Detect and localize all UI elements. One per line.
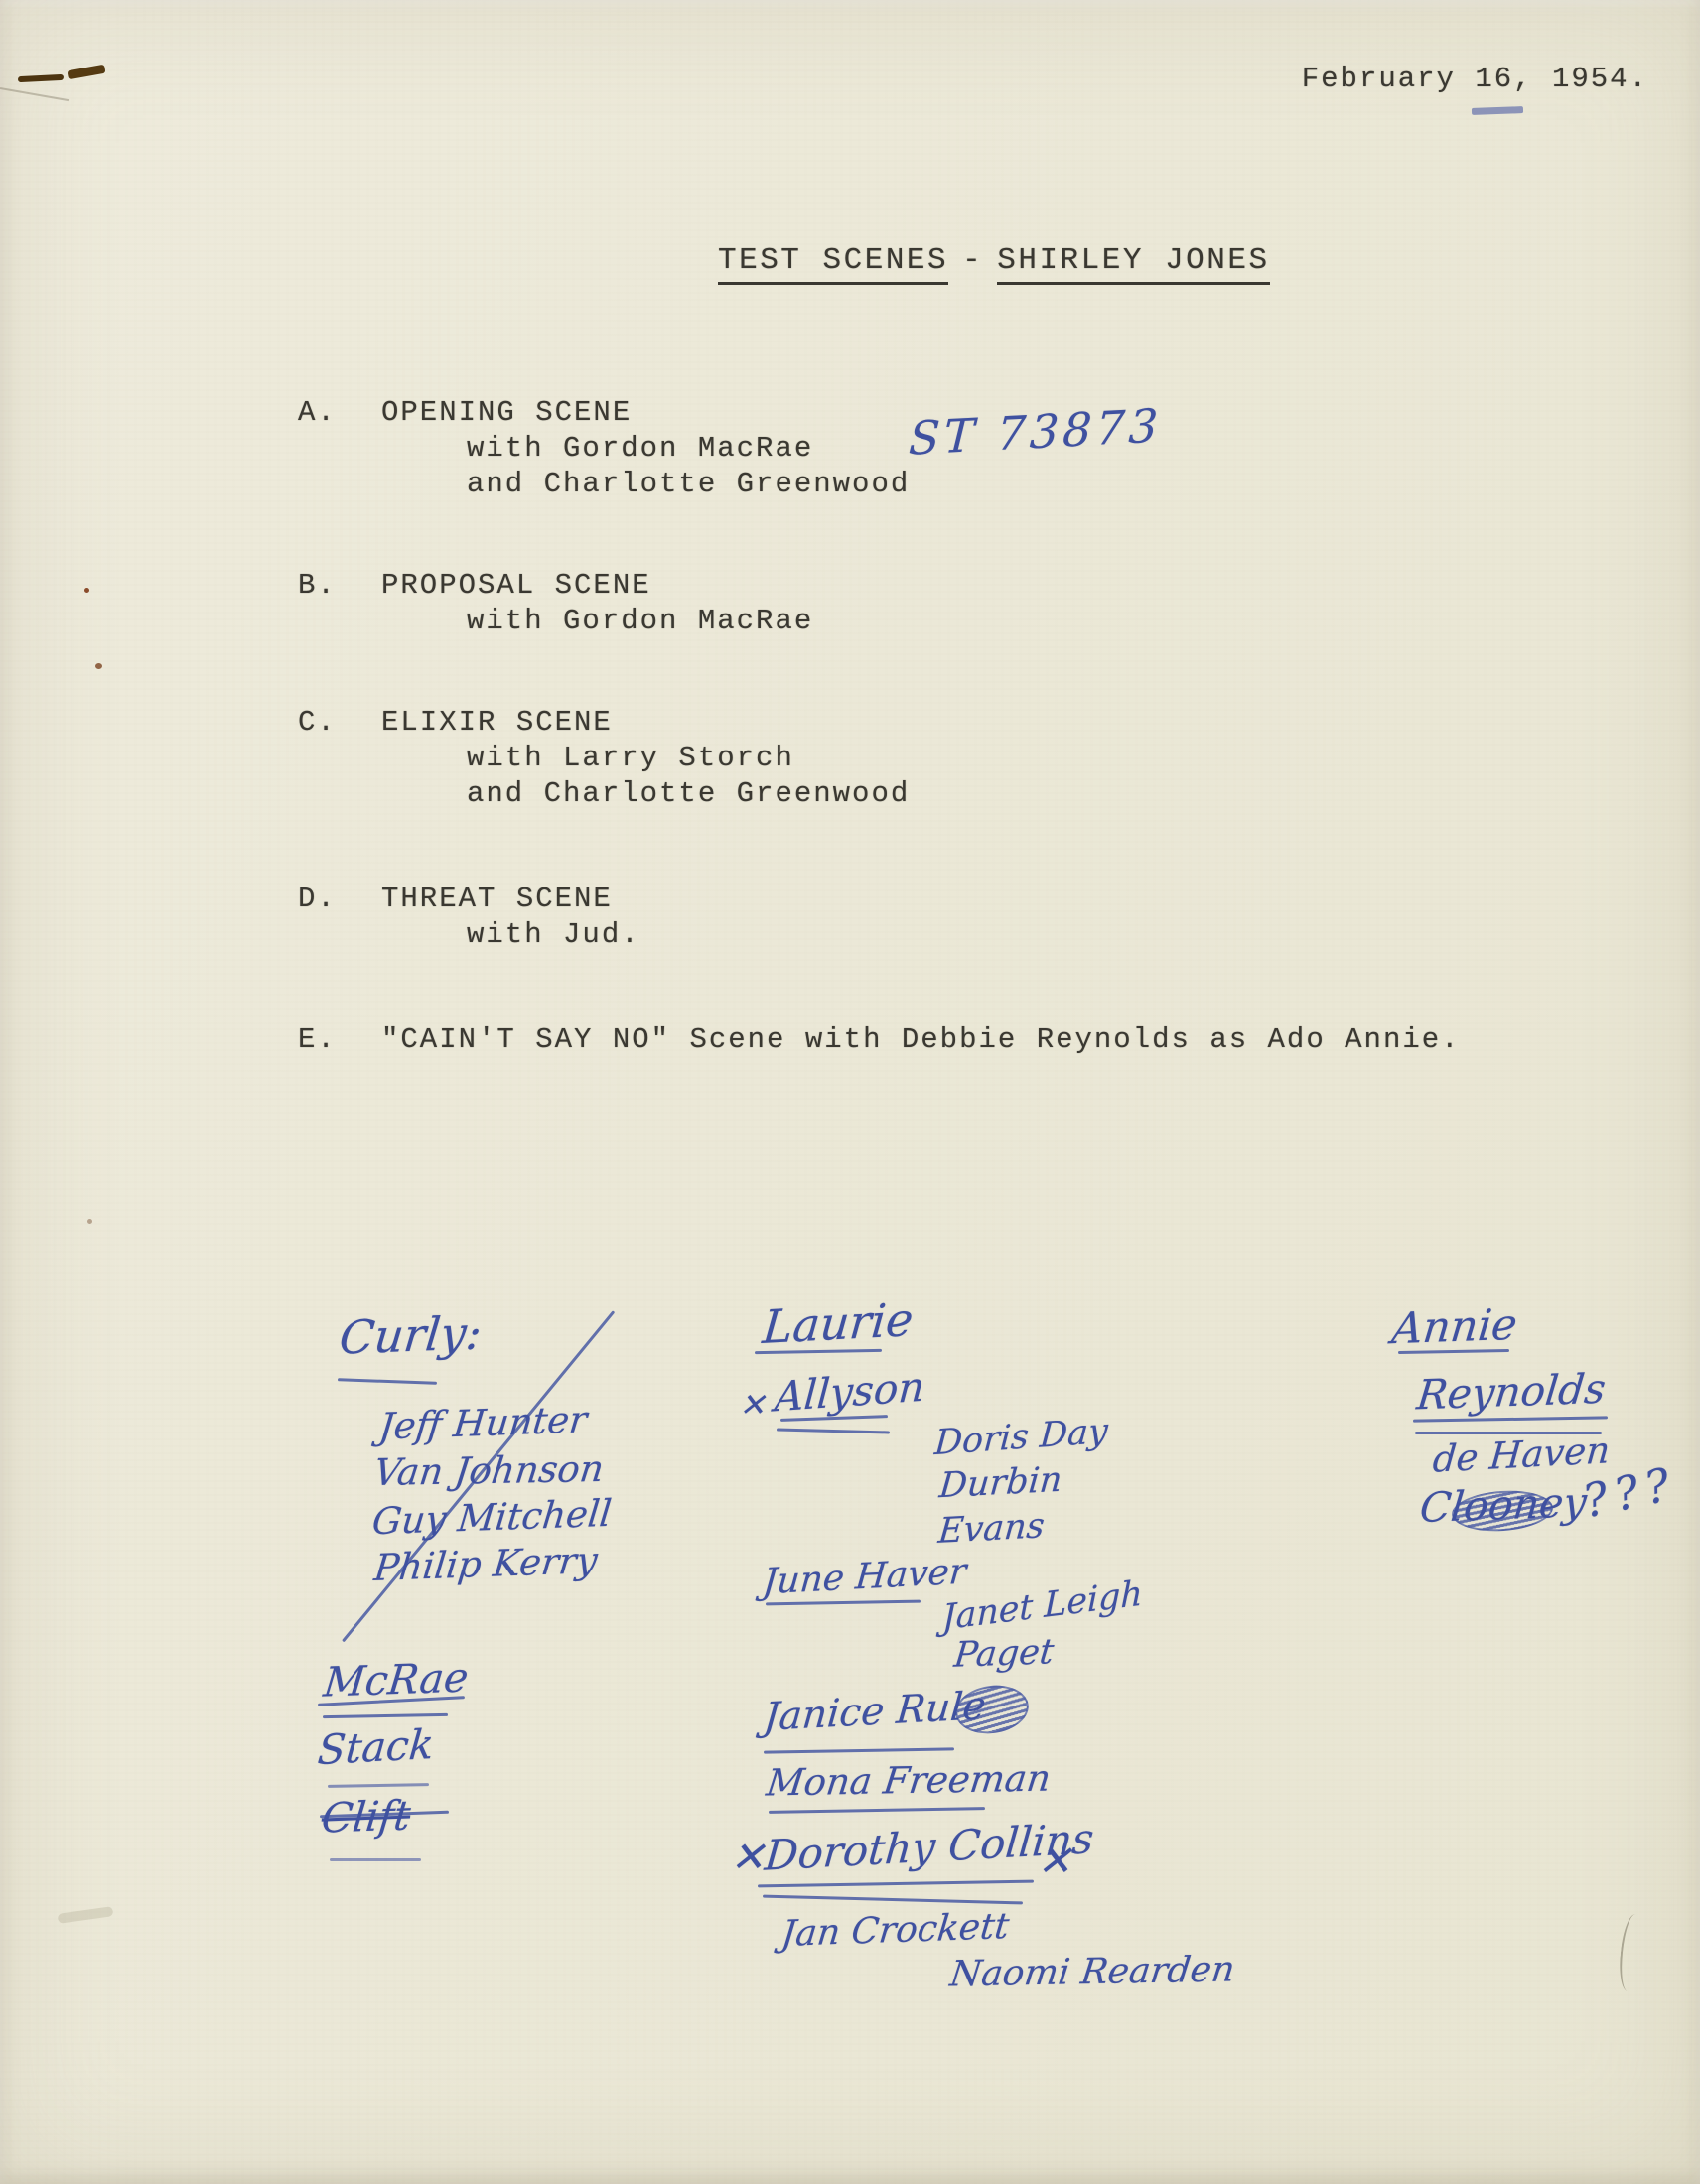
annie-candidate: Reynolds [1415,1365,1609,1420]
underline-stroke [763,1895,1023,1905]
underline-stroke [758,1880,1034,1888]
scene-cast-line: and Charlotte Greenwood [298,467,910,502]
laurie-heading: Laurie [761,1293,916,1354]
laurie-candidate: Naomi Rearden [947,1949,1236,1994]
ink-blot-mark [18,74,64,82]
underline-stroke [777,1429,890,1434]
laurie-candidate-allyson: Allyson [773,1363,925,1422]
smudge-mark [58,1906,114,1924]
scene-cast-line: and Charlotte Greenwood [298,776,910,812]
underline-stroke [338,1378,437,1384]
blue-ink-smudge [1472,106,1523,115]
scene-cast-line: with Larry Storch [298,741,910,776]
curly-candidate: Jeff Hunter [377,1398,590,1447]
laurie-candidate: Durbin [937,1460,1063,1507]
underline-stroke [764,1747,954,1753]
scene-item-b: B.PROPOSAL SCENE with Gordon MacRae [298,568,813,639]
paper-speck [87,1219,92,1224]
title-test-scenes: TEST SCENES [718,243,948,285]
scene-cast-line: with Gordon MacRae [298,431,910,467]
scene-item-d: D.THREAT SCENE with Jud. [298,882,640,953]
underline-stroke [769,1807,985,1814]
x-mark: ✕ [739,1386,766,1424]
pencil-stroke-mark [1617,1913,1646,1992]
laurie-candidate: Janet Leigh [941,1573,1143,1638]
laurie-candidate-june-haver: June Haver [761,1552,968,1603]
laurie-candidate: Mona Freeman [764,1756,1053,1804]
underline-stroke [1398,1349,1509,1354]
scene-line: E."CAIN'T SAY NO" Scene with Debbie Reyn… [298,1023,1461,1058]
x-mark: ✕ [1037,1837,1071,1885]
laurie-candidate: Janice Rule [762,1684,987,1740]
x-mark: ✕ [730,1833,765,1881]
curly-candidate: Van Johnson [371,1447,606,1494]
scene-line: C.ELIXIR SCENE [298,705,910,741]
laurie-candidate: Jan Crockett [779,1906,1011,1955]
scene-cast-line: with Jud. [298,917,640,953]
scene-name: THREAT SCENE [381,883,613,915]
curly-candidate: Guy Mitchell [370,1492,614,1544]
date: February 16, 1954. [1302,62,1648,97]
scene-cast-line: with Gordon MacRae [298,604,813,639]
paper-speck [95,663,102,669]
underline-stroke [328,1783,429,1788]
scene-letter: B. [298,568,381,604]
curly-heading: Curly: [337,1305,485,1364]
scene-item-e: E."CAIN'T SAY NO" Scene with Debbie Reyn… [298,1023,1461,1058]
scene-item-c: C.ELIXIR SCENE with Larry Storch and Cha… [298,705,910,812]
scene-letter: D. [298,882,381,917]
annie-heading: Annie [1389,1300,1519,1355]
document-page: February 16, 1954. TEST SCENES-SHIRLEY J… [0,0,1700,2184]
scene-letter: A. [298,395,381,431]
scene-name: OPENING SCENE [381,396,632,429]
laurie-candidate: Evans [936,1506,1046,1552]
underline-stroke [330,1858,421,1861]
handwritten-st-number: ST 73873 [908,398,1164,466]
scene-line: D.THREAT SCENE [298,882,640,917]
scene-line: B.PROPOSAL SCENE [298,568,813,604]
paper-speck [84,588,89,593]
ink-blot-mark [68,65,106,79]
page-title: TEST SCENES-SHIRLEY JONES [718,243,1270,279]
scene-item-a: A.OPENING SCENE with Gordon MacRae and C… [298,395,910,502]
underline-stroke [323,1713,448,1718]
scene-line: A.OPENING SCENE [298,395,910,431]
scene-name: "CAIN'T SAY NO" Scene with Debbie Reynol… [381,1024,1461,1056]
scene-name: ELIXIR SCENE [381,706,613,739]
laurie-candidate: Paget [952,1632,1056,1676]
scratch-mark [0,87,69,101]
scene-name: PROPOSAL SCENE [381,569,651,602]
scene-letter: E. [298,1023,381,1058]
scene-letter: C. [298,705,381,741]
curly-shortlist-name: Stack [316,1720,436,1774]
title-shirley-jones: SHIRLEY JONES [997,243,1269,285]
laurie-candidate: Doris Day [933,1412,1109,1463]
title-separator: - [948,243,997,278]
